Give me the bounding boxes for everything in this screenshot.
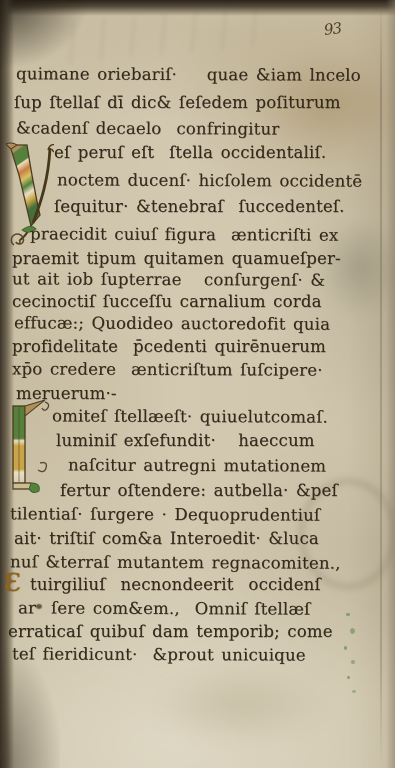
text-line: teſ fieridicunt· &prout unicuique — [12, 646, 306, 664]
text-line: ait· triſtiſ com&a Interoedit· &luca — [14, 531, 319, 548]
text-line: luminiſ exſefundit· haeccum — [56, 433, 315, 450]
text-line: profidelitate p̄cedenti quirēnuerum — [12, 339, 326, 356]
text-line: effucæ:; Quodideo auctoredofit quia — [14, 315, 330, 333]
text-line: tilentiaſ· ſurgere · Dequoprudentiuſ — [10, 506, 320, 524]
text-line: praemit tipum quitamen quamueſper- — [12, 251, 341, 268]
text-line: ſequitur· &tenebraſ ſuccedenteſ. — [54, 199, 345, 216]
text-line: &cadenſ decaelo confringitur — [16, 120, 280, 138]
text-line: noctem ducenſ· hicſolem occidentē — [57, 172, 362, 190]
text-line: ſup ſtellaſ dī dic& ſeſedem poſiturum — [14, 95, 341, 112]
text-line: naſcitur autregni mutationem — [68, 457, 326, 475]
text-line: praecidit cuiuſ figura ænticriſti ex — [30, 226, 338, 244]
text-line: fertur oſtendere: autbella· &peſ — [60, 483, 338, 500]
text-line: nuſ &terraſ mutantem regnacomiten., — [10, 554, 341, 572]
text-line: ar ſere com&em., Omniſ ſtellæſ — [18, 600, 310, 618]
text-line: quimane oriebariſ· quae &iam lncelo — [16, 66, 361, 84]
text-line: tuirgiliuſ necnondeerit occidenſ — [30, 577, 321, 594]
text-line: erraticaſ quibuſ dam temporib; come — [8, 624, 333, 641]
manuscript-page: 93 — [0, 0, 395, 768]
text-line: cecinoctiſ ſucceſſu carnalium corda — [12, 294, 322, 311]
text-line: xp̄o credere ænticriſtum ſuſcipere· — [12, 361, 323, 379]
text-line: eſ peruſ eſt ſtella occidentaliſ. — [54, 145, 326, 162]
text-line: omiteſ ſtellæeſt· quiuelutcomaſ. — [52, 408, 328, 426]
text-line: meruerum·- — [16, 386, 117, 403]
text-line: ut ait iob ſupterrae conſurgenſ· & — [12, 271, 325, 289]
text-block: quimane oriebariſ· quae &iam lncelo ſup … — [0, 0, 395, 768]
